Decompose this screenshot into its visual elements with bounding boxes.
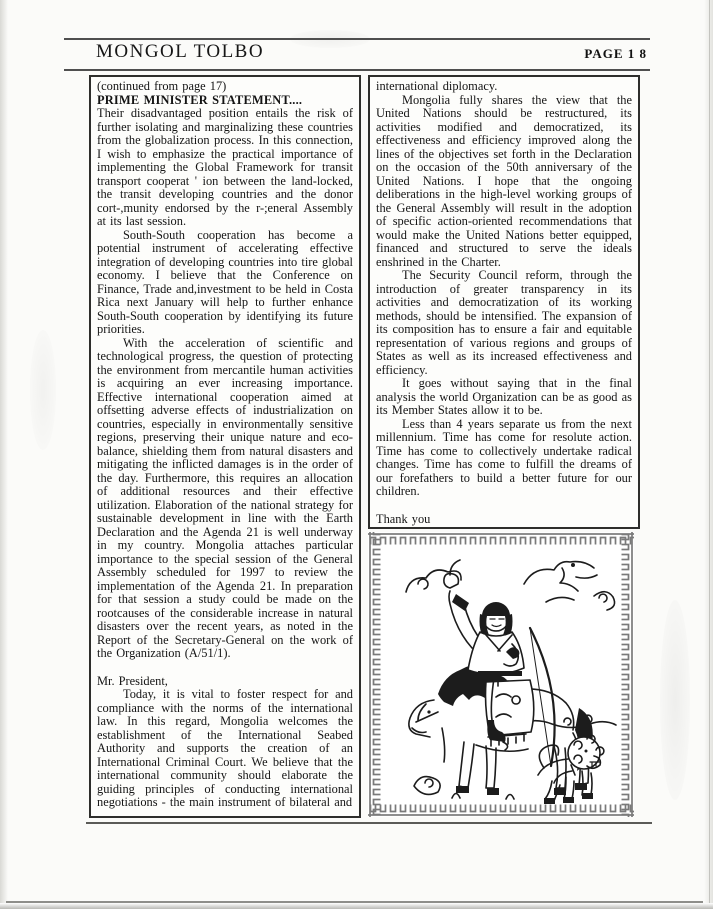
paragraph: Their disadvantaged position entails the…: [97, 107, 353, 229]
illustration-image: [368, 532, 634, 817]
scan-smudge: [660, 600, 690, 800]
paragraph: South-South cooperation has become a pot…: [97, 229, 353, 337]
paragraph: international diplomacy.: [376, 80, 632, 94]
scan-right-edge-line: [709, 0, 710, 909]
newsletter-title: MONGOL TOLBO: [96, 41, 264, 63]
footer-rule: [86, 822, 652, 824]
mongolian-archer-illustration: [368, 532, 634, 817]
paragraph: Mongolia fully shares the view that the …: [376, 94, 632, 270]
masthead-bottom-rule: [64, 69, 650, 71]
scanned-newsletter-page: { "header": { "title": "MONGOL TOLBO", "…: [0, 0, 713, 909]
paragraph: Less than 4 years separate us from the n…: [376, 418, 632, 499]
right-column: international diplomacy. Mongolia fully …: [368, 75, 640, 529]
paragraph: The Security Council reform, through the…: [376, 269, 632, 377]
paragraph: Today, it is vital to foster respect for…: [97, 688, 353, 810]
continued-note: (continued from page 17): [97, 80, 353, 94]
page-number: PAGE 1 8: [584, 46, 647, 62]
scan-bottom-band: [0, 903, 713, 909]
paragraph: It goes without saying that in the final…: [376, 377, 632, 418]
salutation: Mr. President,: [97, 675, 353, 689]
left-column: (continued from page 17) PRIME MINISTER …: [89, 75, 361, 818]
closing-line: Thank you: [376, 513, 632, 527]
scan-smudge: [30, 330, 56, 450]
scan-left-edge: [0, 0, 8, 909]
article-headline: PRIME MINISTER STATEMENT....: [97, 94, 353, 108]
paragraph: With the acceleration of scientific and …: [97, 337, 353, 661]
masthead-top-rule: [64, 38, 650, 40]
